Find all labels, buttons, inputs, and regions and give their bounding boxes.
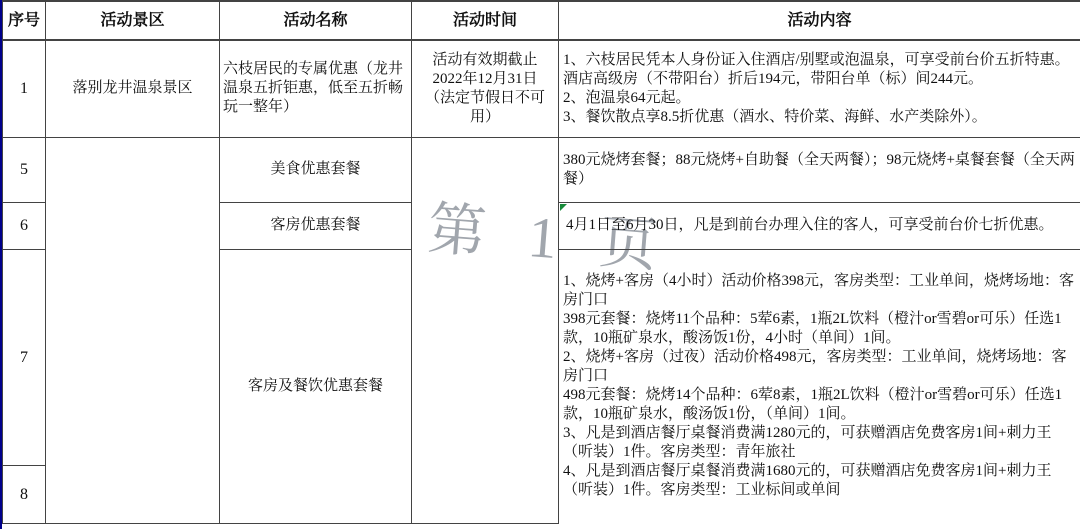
table-row: 1 落别龙井温泉景区 六枝居民的专属优惠（龙井温泉五折钜惠，低至五折畅玩一整年）… [3,40,1080,137]
cell-activity-content-1[interactable]: 1、六枝居民凭本人身份证入住酒店/别墅或泡温泉，可享受前台价五折特惠。酒店高级房… [559,40,1080,137]
cell-seq-8[interactable]: 8 [3,465,46,523]
header-row: 序号 活动景区 活动名称 活动时间 活动内容 [3,1,1080,40]
cell-activity-name-7-8[interactable]: 客房及餐饮优惠套餐 [220,249,412,523]
cell-seq-1[interactable]: 1 [3,40,46,137]
cell-activity-content-6[interactable]: 4月1日至6月30日，凡是到前台办理入住的客人，可享受前台价七折优惠。 [559,202,1080,249]
cell-activity-name-5[interactable]: 美食优惠套餐 [220,137,412,202]
promotions-table: 序号 活动景区 活动名称 活动时间 活动内容 1 落别龙井温泉景区 六枝居民的专… [2,0,1080,524]
cell-seq-6[interactable]: 6 [3,202,46,249]
col-header-activity-time: 活动时间 [412,1,559,40]
cell-error-flag-icon [560,204,567,211]
cell-activity-name-1[interactable]: 六枝居民的专属优惠（龙井温泉五折钜惠，低至五折畅玩一整年） [220,40,412,137]
cell-scenic-area-merged[interactable] [46,137,220,523]
page-root: { "watermark": { "text": "第 1 页" }, "col… [0,0,1080,529]
cell-activity-name-6[interactable]: 客房优惠套餐 [220,202,412,249]
cell-activity-time-merged[interactable] [412,137,559,523]
cell-activity-content-6-text: 4月1日至6月30日，凡是到前台办理入住的客人，可享受前台价七折优惠。 [566,217,1054,233]
col-header-activity-content: 活动内容 [559,1,1080,40]
cell-activity-content-5[interactable]: 380元烧烤套餐；88元烧烤+自助餐（全天两餐）；98元烧烤+桌餐套餐（全天两餐… [559,137,1080,202]
table-row: 5 美食优惠套餐 380元烧烤套餐；88元烧烤+自助餐（全天两餐）；98元烧烤+… [3,137,1080,202]
cell-activity-content-7-8[interactable]: 1、烧烤+客房（4小时）活动价格398元，客房类型：工业单间，烧烤场地：客房门口… [559,249,1080,523]
col-header-activity-name: 活动名称 [220,1,412,40]
cell-seq-7[interactable]: 7 [3,249,46,465]
col-header-seq: 序号 [3,1,46,40]
cell-seq-5[interactable]: 5 [3,137,46,202]
window-left-edge [0,0,2,529]
col-header-scenic-area: 活动景区 [46,1,220,40]
cell-scenic-area-1[interactable]: 落别龙井温泉景区 [46,40,220,137]
cell-activity-time-1[interactable]: 活动有效期截止 2022年12月31日 （法定节假日不可 用） [412,40,559,137]
